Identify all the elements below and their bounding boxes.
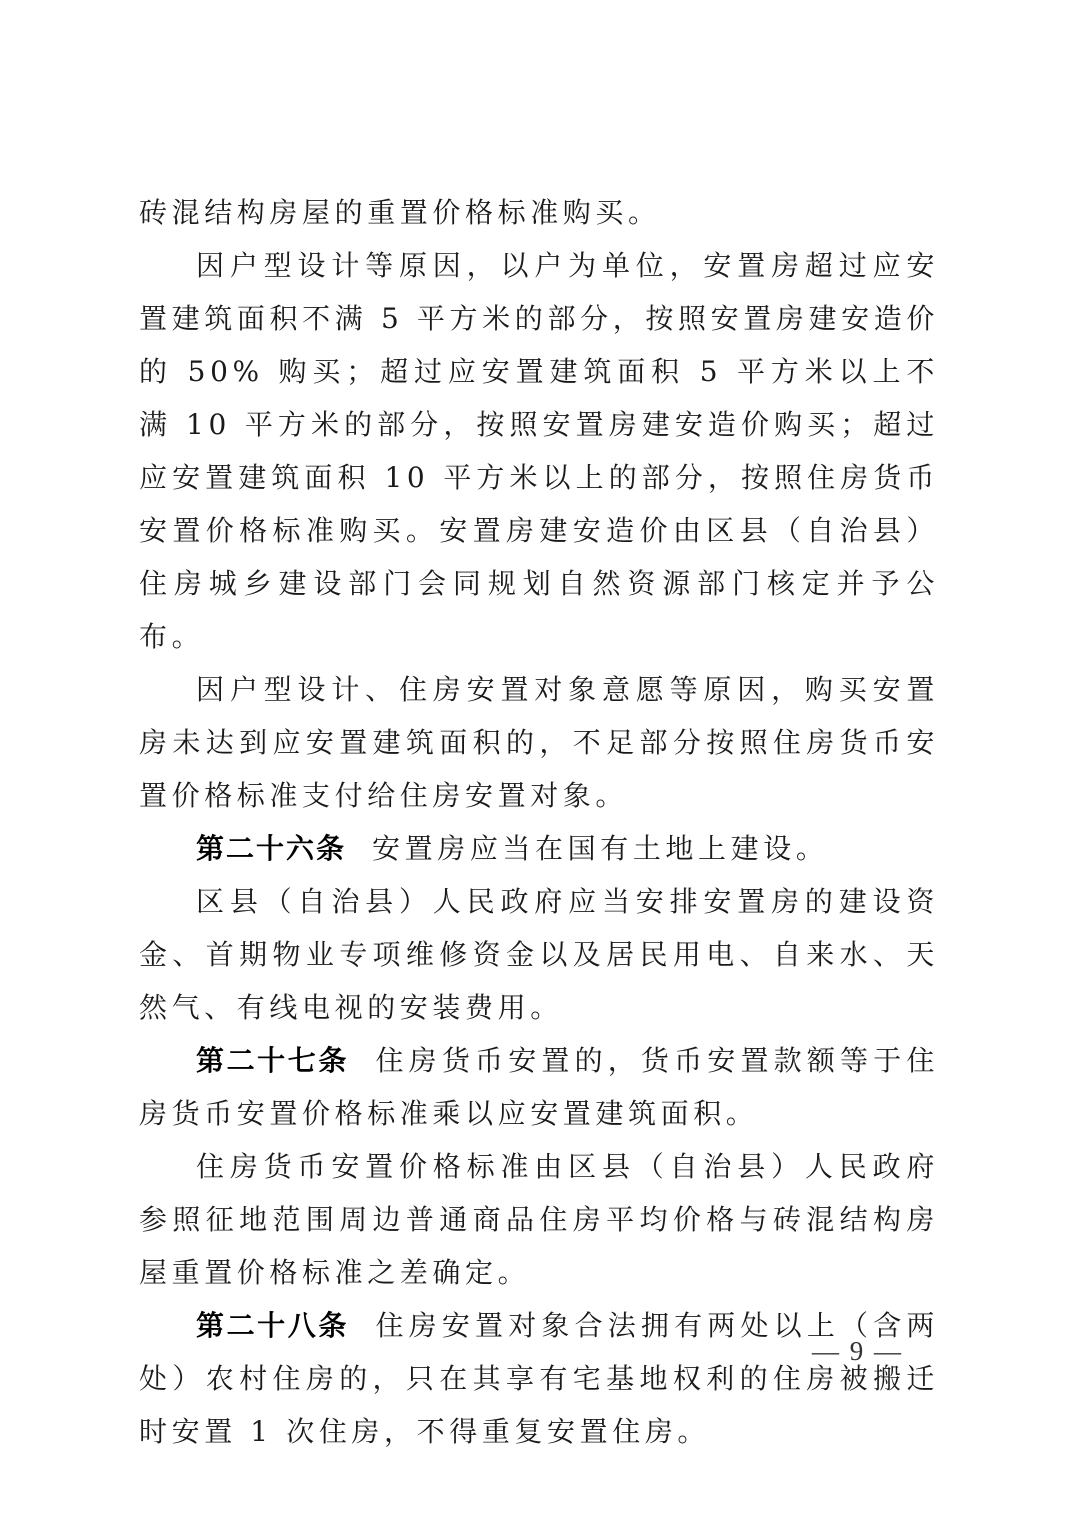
paragraph-3: 因户型设计、住房安置对象意愿等原因，购买安置房未达到应安置建筑面积的，不足部分按… xyxy=(139,663,939,822)
paragraph-text: 因户型设计等原因，以户为单位，安置房超过应安置建筑面积不满 5 平方米的部分，按… xyxy=(139,249,939,653)
article-28: 第二十八条住房安置对象合法拥有两处以上（含两处）农村住房的，只在其享有宅基地权利… xyxy=(139,1299,939,1458)
paragraph-1: 砖混结构房屋的重置价格标准购买。 xyxy=(139,186,939,239)
paragraph-7: 住房货币安置价格标准由区县（自治县）人民政府参照征地范围周边普通商品住房平均价格… xyxy=(139,1140,939,1299)
article-26: 第二十六条安置房应当在国有土地上建设。 xyxy=(139,822,939,875)
body-text: 砖混结构房屋的重置价格标准购买。 因户型设计等原因，以户为单位，安置房超过应安置… xyxy=(139,186,939,1458)
article-27: 第二十七条住房货币安置的，货币安置款额等于住房货币安置价格标准乘以应安置建筑面积… xyxy=(139,1034,939,1140)
paragraph-text: 住房货币安置价格标准由区县（自治县）人民政府参照征地范围周边普通商品住房平均价格… xyxy=(139,1150,939,1289)
paragraph-5: 区县（自治县）人民政府应当安排安置房的建设资金、首期物业专项维修资金以及居民用电… xyxy=(139,875,939,1034)
paragraph-text: 砖混结构房屋的重置价格标准购买。 xyxy=(139,196,661,229)
paragraph-text: 安置房应当在国有土地上建设。 xyxy=(372,832,828,865)
page-number: — 9 — xyxy=(812,1336,903,1367)
paragraph-2: 因户型设计等原因，以户为单位，安置房超过应安置建筑面积不满 5 平方米的部分，按… xyxy=(139,239,939,663)
article-heading: 第二十八条 xyxy=(196,1309,349,1342)
paragraph-text: 因户型设计、住房安置对象意愿等原因，购买安置房未达到应安置建筑面积的，不足部分按… xyxy=(139,673,939,812)
paragraph-text: 区县（自治县）人民政府应当安排安置房的建设资金、首期物业专项维修资金以及居民用电… xyxy=(139,885,939,1024)
document-page: 砖混结构房屋的重置价格标准购买。 因户型设计等原因，以户为单位，安置房超过应安置… xyxy=(0,0,1075,1521)
article-heading: 第二十七条 xyxy=(196,1044,349,1077)
article-heading: 第二十六条 xyxy=(196,832,346,865)
